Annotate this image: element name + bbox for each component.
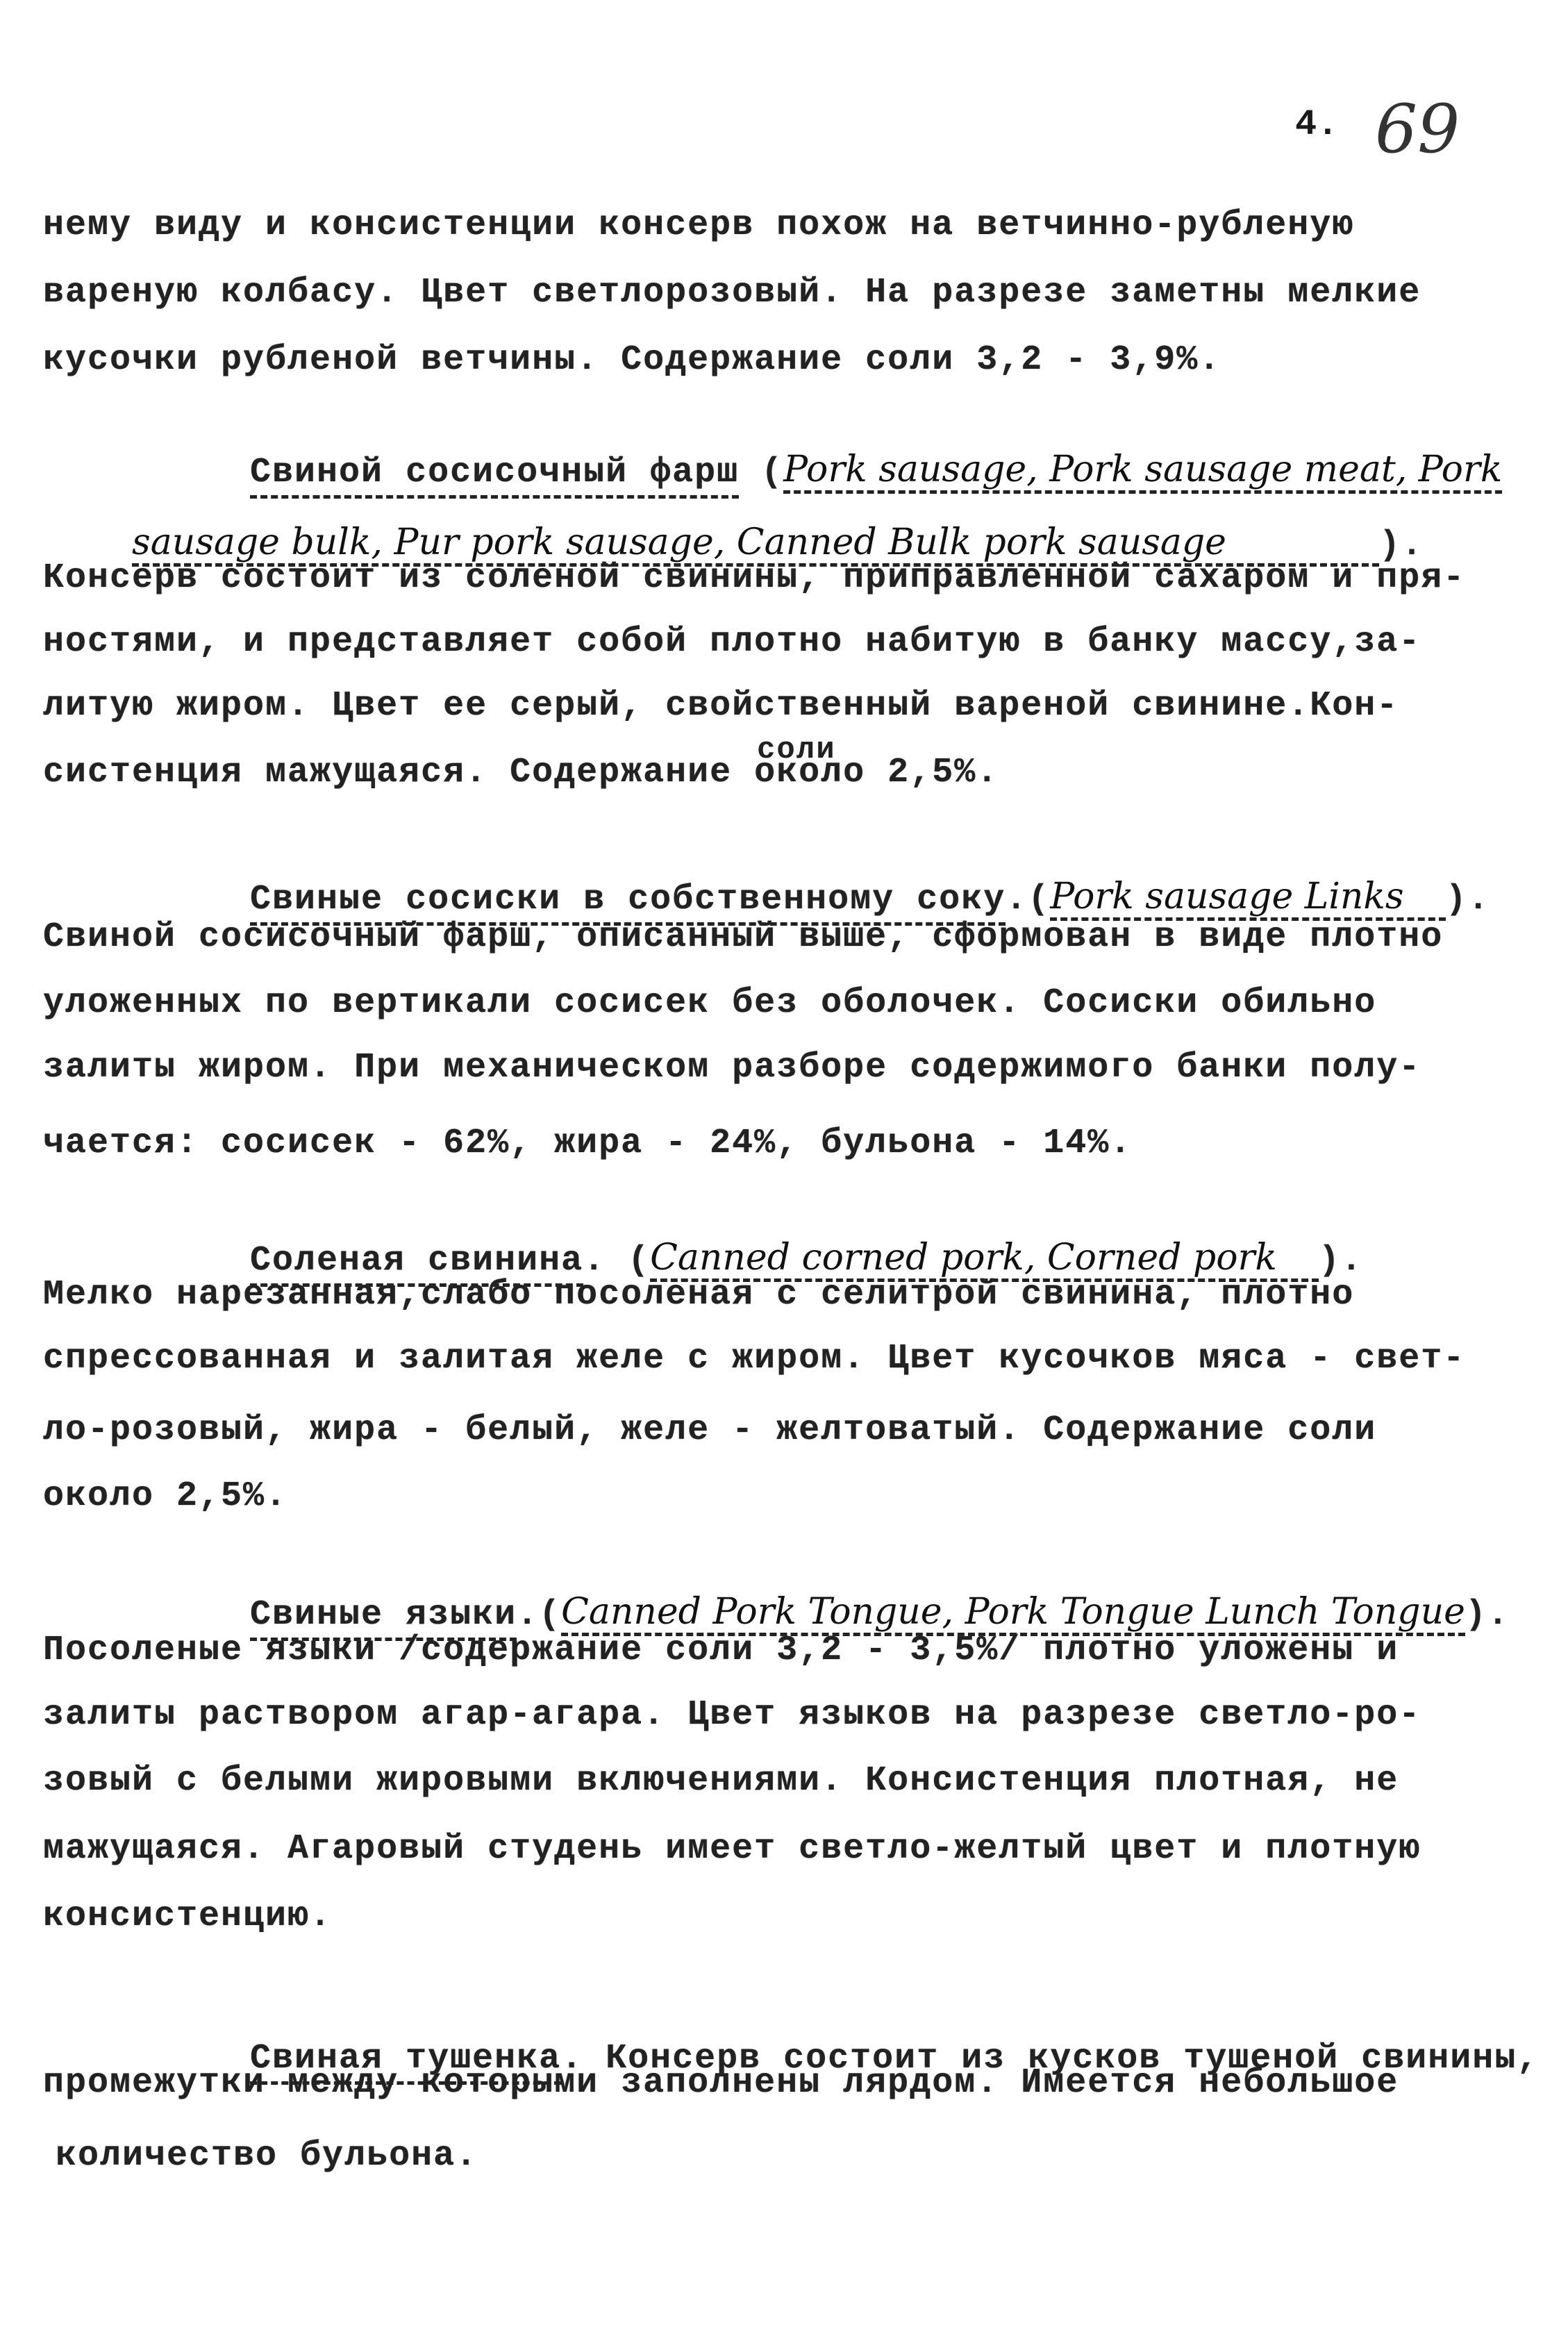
- paragraph-line: ностями, и представляет собой плотно наб…: [43, 625, 1421, 660]
- paragraph-line: вареную колбасу. Цвет светлорозовый. На …: [43, 276, 1421, 310]
- handwritten-english-names: Canned Pork Tongue, Pork Tongue Lunch To…: [561, 1594, 1465, 1636]
- paragraph-line: ло-розовый, жира - белый, желе - желтова…: [43, 1413, 1376, 1448]
- paragraph-line: Свиной сосисочный фарш, описанный выше, …: [43, 920, 1443, 955]
- paragraph-line: Посоленые языки /содержание соли 3,2 - 3…: [43, 1633, 1399, 1668]
- paragraph-line: залиты раствором агар-агара. Цвет языков…: [43, 1698, 1421, 1733]
- handwritten-english-names: Pork sausage Links: [1050, 878, 1445, 921]
- paragraph-line: количество бульона.: [56, 2139, 478, 2174]
- paragraph-line: мажущаяся. Агаровый студень имеет светло…: [43, 1832, 1421, 1867]
- paragraph-line: спрессованная и залитая желе с жиром. Цв…: [43, 1342, 1465, 1376]
- document-page: 4. 69 нему виду и консистенции консерв п…: [0, 0, 1568, 2332]
- paragraph-line: Мелко нарезанная,слабо посоленая с селит…: [43, 1278, 1354, 1313]
- paragraph-line: промежутки между которыми заполнены лярд…: [43, 2066, 1399, 2101]
- paragraph-line: нему виду и консистенции консерв похож н…: [43, 208, 1354, 243]
- paragraph-line: литую жиром. Цвет ее серый, свойственный…: [43, 689, 1399, 724]
- page-number: 4.: [1295, 104, 1338, 145]
- paragraph-line: уложенных по вертикали сосисек без оболо…: [43, 986, 1376, 1021]
- handwritten-folio-number: 69: [1375, 90, 1460, 168]
- paragraph-line: залиты жиром. При механическом разборе с…: [43, 1051, 1421, 1085]
- paragraph-line: зовый с белыми жировыми включениями. Кон…: [43, 1764, 1399, 1799]
- handwritten-english-names: Pork sausage, Pork sausage meat, Pork: [783, 451, 1502, 494]
- paragraph-line: чается: сосисек - 62%, жира - 24%, бульо…: [43, 1126, 1132, 1161]
- paragraph-line: систенция мажущаяся. Содержание около 2,…: [43, 756, 999, 790]
- paragraph-line: около 2,5%.: [43, 1479, 287, 1514]
- paragraph-line: Консерв состоит из соленой свинины, прип…: [43, 561, 1465, 596]
- paragraph-line: консистенцию.: [43, 1899, 332, 1934]
- paragraph-line: кусочки рубленой ветчины. Содержание сол…: [43, 343, 1221, 378]
